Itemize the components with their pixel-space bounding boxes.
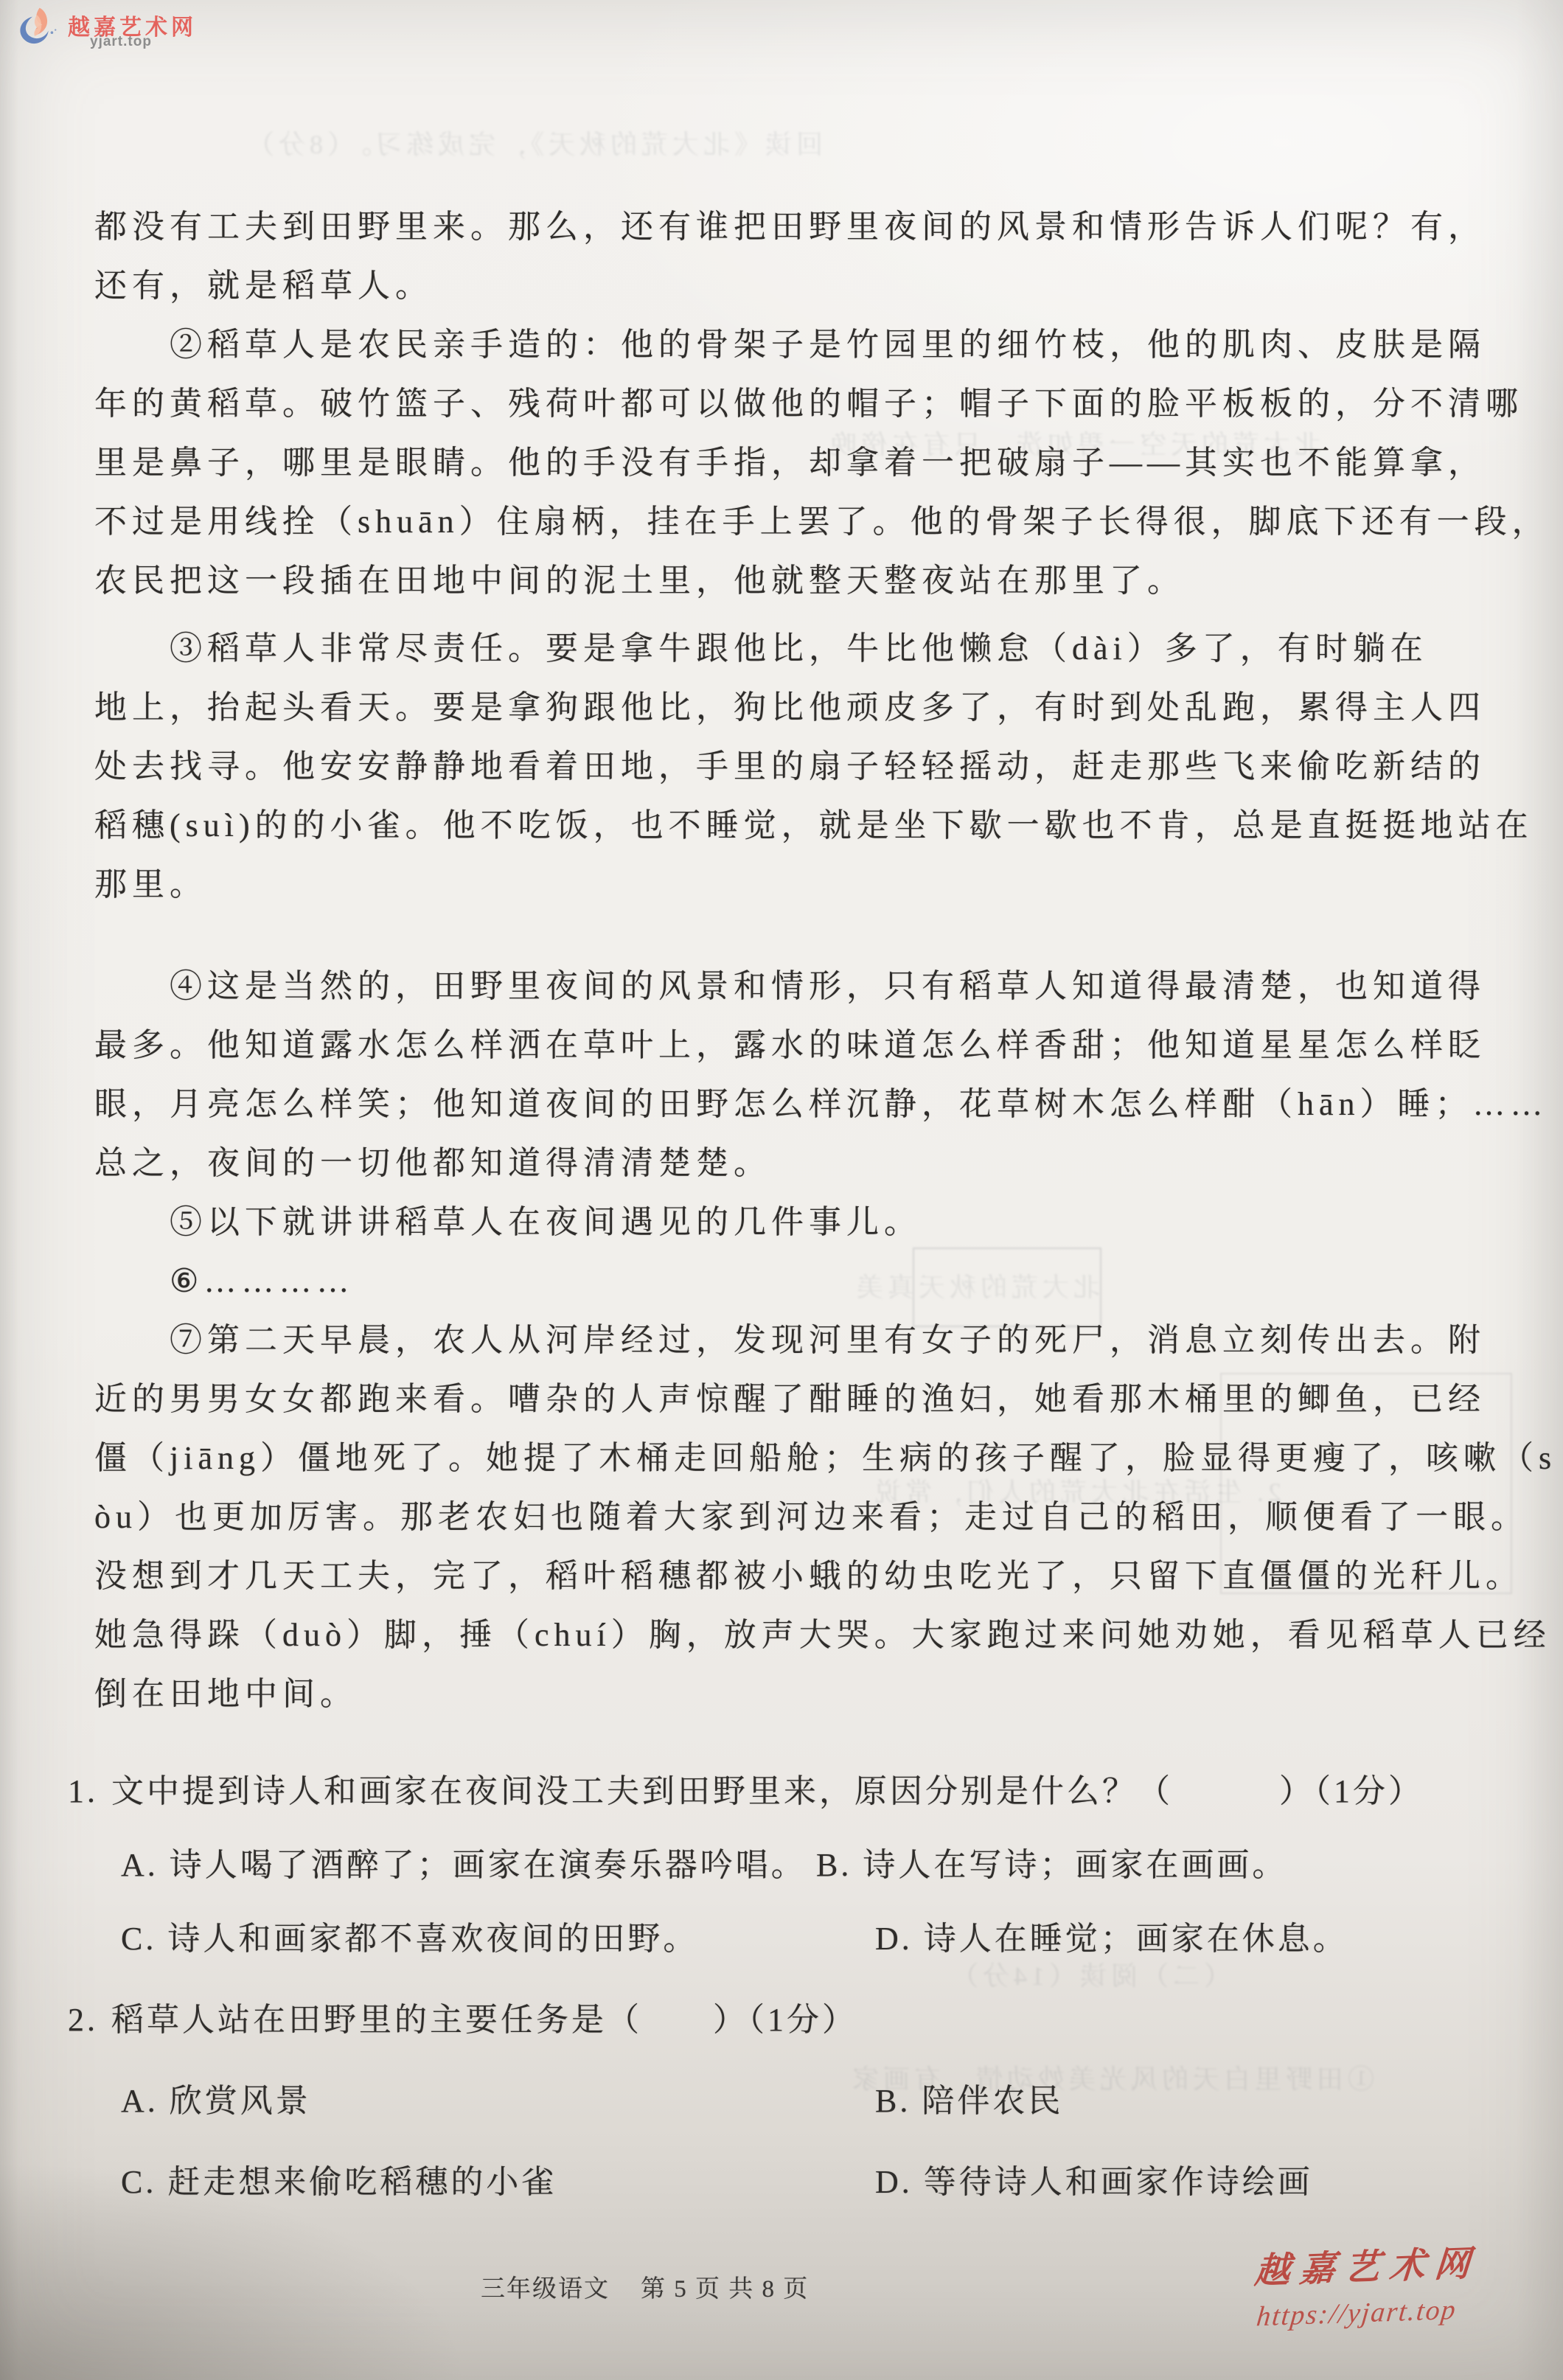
- article-line: 农民把这一段插在田地中间的泥土里，他就整天整夜站在那里了。: [94, 551, 1522, 610]
- question-1-options-row-1: A. 诗人喝了酒醉了；画家在演奏乐器吟唱。 B. 诗人在写诗；画家在画画。: [68, 1836, 1524, 1895]
- watermark-site-url: https://yjart.top: [1255, 2293, 1483, 2334]
- site-domain: yjart.top: [90, 34, 152, 50]
- article-line: 不过是用线拴（shuān）住扇柄，挂在手上罢了。他的骨架子长得很，脚底下还有一段…: [94, 493, 1522, 551]
- article-line: 近的男男女女都跑来看。嘈杂的人声惊醒了酣睡的渔妇，她看那木桶里的鲫鱼，已经: [94, 1370, 1522, 1429]
- article-line: 还有，就是稻草人。: [94, 257, 1522, 316]
- site-watermark: 越嘉艺术网 https://yjart.top: [1254, 2235, 1482, 2334]
- article-line: ④这是当然的，田野里夜间的风景和情形，只有稻草人知道得最清楚，也知道得: [94, 957, 1522, 1016]
- option-b: B. 诗人在写诗；画家在画画。: [816, 1836, 1287, 1895]
- question-text: 文中提到诗人和画家在夜间没工夫到田野里来，原因分别是什么？（ ）（1分）: [111, 1773, 1424, 1809]
- question-2-options-row-1: A. 欣赏风景 B. 陪伴农民: [68, 2072, 1524, 2131]
- option-d: D. 诗人在睡觉；画家在休息。: [875, 1910, 1348, 1969]
- article-line: 僵（jiāng）僵地死了。她提了木桶走回船舱；生病的孩子醒了，脸显得更瘦了，咳嗽…: [94, 1429, 1522, 1488]
- article-line: ⑥…………: [94, 1252, 1522, 1311]
- option-d: D. 等待诗人和画家作诗绘画: [875, 2153, 1313, 2212]
- article-line: 她急得跺（duò）脚，捶（chuí）胸，放声大哭。大家跑过来问她劝她，看见稻草人…: [94, 1606, 1522, 1665]
- watermark-site-name: 越嘉艺术网: [1253, 2235, 1482, 2294]
- question-2: 2.稻草人站在田野里的主要任务是（ ）（1分）: [68, 1991, 1524, 2050]
- question-2-options-row-2: C. 赶走想来偷吃稻穗的小雀 D. 等待诗人和画家作诗绘画: [68, 2153, 1524, 2212]
- article-line: 稻穗(suì)的的小雀。他不吃饭，也不睡觉，就是坐下歇一歇也不肯，总是直挺挺地站…: [94, 796, 1522, 855]
- article-line: 倒在田地中间。: [94, 1665, 1522, 1724]
- article-line: 处去找寻。他安安静静地看着田地，手里的扇子轻轻摇动，赶走那些飞来偷吃新结的: [94, 737, 1522, 796]
- article-line: 年的黄稻草。破竹篮子、残荷叶都可以做他的帽子；帽子下面的脸平板板的，分不清哪: [94, 375, 1522, 434]
- bleedthrough-ghost: 回读《北大荒的秋天》，完成练习。（8分）: [243, 124, 823, 161]
- question-number: 1.: [68, 1773, 98, 1809]
- article-line: ②稻草人是农民亲手造的：他的骨架子是竹园里的细竹枝，他的肌肉、皮肤是隔: [94, 316, 1522, 375]
- option-c: C. 诗人和画家都不喜欢夜间的田野。: [121, 1921, 698, 1957]
- article-line: ③稻草人非常尽责任。要是拿牛跟他比，牛比他懒怠（dài）多了，有时躺在: [94, 619, 1522, 678]
- logo-swirl-icon: [15, 4, 59, 54]
- option-a: A. 欣赏风景: [121, 2083, 311, 2119]
- article-line: òu）也更加厉害。那老农妇也随着大家到河边来看；走过自己的稻田，顺便看了一眼。: [94, 1488, 1522, 1547]
- article-line: 最多。他知道露水怎么样洒在草叶上，露水的味道怎么样香甜；他知道星星怎么样眨: [94, 1016, 1522, 1075]
- option-a: A. 诗人喝了酒醉了；画家在演奏乐器吟唱。: [121, 1847, 807, 1883]
- question-text: 稻草人站在田野里的主要任务是（ ）（1分）: [111, 2002, 857, 2038]
- option-c: C. 赶走想来偷吃稻穗的小雀: [121, 2164, 557, 2200]
- article-line: 那里。: [94, 855, 1522, 914]
- article-line: 总之，夜间的一切他都知道得清清楚楚。: [94, 1134, 1522, 1193]
- site-logo: 越嘉艺术网 yjart.top: [12, 3, 321, 84]
- article-line: 都没有工夫到田野里来。那么，还有谁把田野里夜间的风景和情形告诉人们呢？有，: [94, 198, 1522, 257]
- article-line: 地上，抬起头看天。要是拿狗跟他比，狗比他顽皮多了，有时到处乱跑，累得主人四: [94, 678, 1522, 737]
- article-line: 眼，月亮怎么样笑；他知道夜间的田野怎么样沉静，花草树木怎么样酣（hān）睡；……: [94, 1075, 1522, 1134]
- questions-section: 1.文中提到诗人和画家在夜间没工夫到田野里来，原因分别是什么？（ ）（1分） A…: [68, 1762, 1524, 2212]
- article-line: ⑤以下就讲讲稻草人在夜间遇见的几件事儿。: [94, 1193, 1522, 1252]
- article-line: ⑦第二天早晨，农人从河岸经过，发现河里有女子的死尸，消息立刻传出去。附: [94, 1311, 1522, 1370]
- footer-subject-label: 三年级语文: [481, 2276, 610, 2303]
- question-1: 1.文中提到诗人和画家在夜间没工夫到田野里来，原因分别是什么？（ ）（1分）: [68, 1762, 1524, 1821]
- question-number: 2.: [68, 2002, 98, 2038]
- footer-page-number: 第 5 页 共 8 页: [641, 2276, 809, 2303]
- scanned-test-page: 越嘉艺术网 yjart.top 回读《北大荒的秋天》，完成练习。（8分）北大荒的…: [0, 0, 1563, 2380]
- article-line: 里是鼻子，哪里是眼睛。他的手没有手指，却拿着一把破扇子——其实也不能算拿，: [94, 434, 1522, 493]
- option-b: B. 陪伴农民: [875, 2072, 1063, 2131]
- article-text: 都没有工夫到田野里来。那么，还有谁把田野里夜间的风景和情形告诉人们呢？有，还有，…: [94, 198, 1522, 1724]
- question-1-options-row-2: C. 诗人和画家都不喜欢夜间的田野。 D. 诗人在睡觉；画家在休息。: [68, 1910, 1524, 1969]
- article-line: 没想到才几天工夫，完了，稻叶稻穗都被小蛾的幼虫吃光了，只留下直僵僵的光秆儿。: [94, 1547, 1522, 1606]
- page-footer: 三年级语文第 5 页 共 8 页: [481, 2269, 809, 2304]
